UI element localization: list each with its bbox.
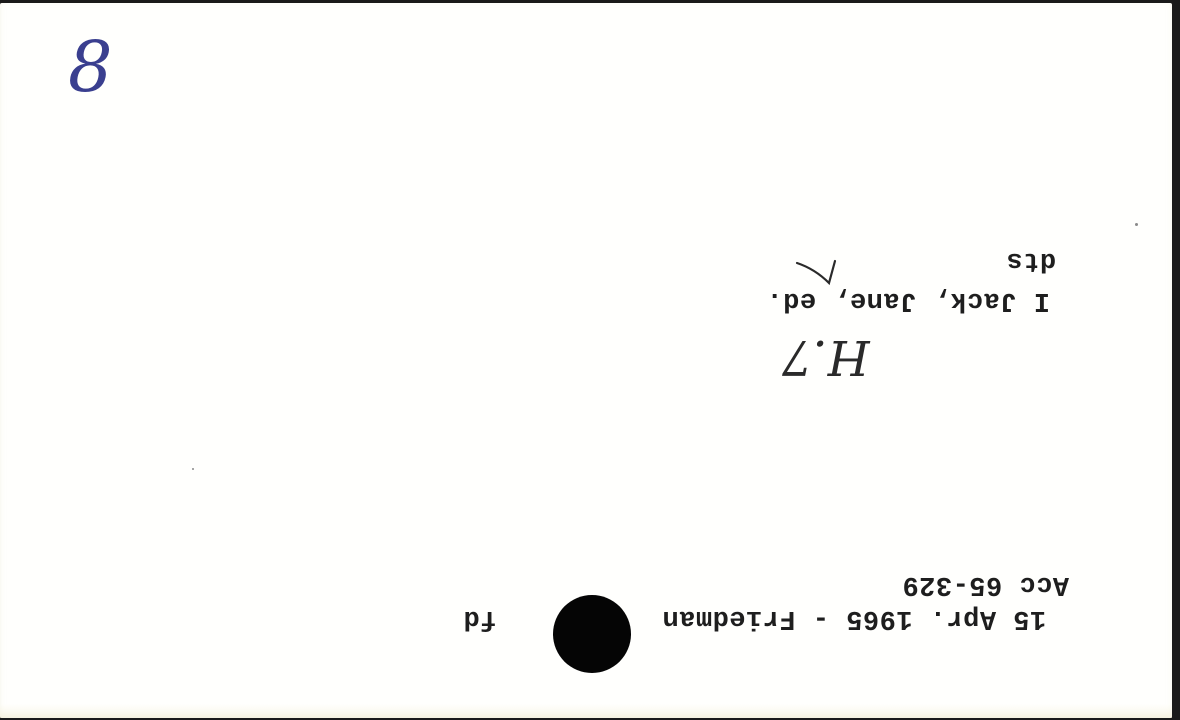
handwritten-shelf-mark: H.7 — [782, 331, 870, 383]
typed-accession-line: Acc 65-329 — [902, 569, 1069, 599]
typed-date-line: 15 Apr. 1965 - Friedman — [662, 603, 1046, 633]
typed-dts-line: dts — [1006, 245, 1056, 275]
handwritten-check-mark-icon — [795, 257, 845, 287]
catalog-card: 8 dts I Jack, Jane, ed. H.7 Acc 65-329 1… — [0, 3, 1172, 718]
punch-hole — [553, 595, 631, 673]
card-edge-shading — [0, 704, 1172, 718]
typed-entry-line: I Jack, Jane, ed. — [766, 285, 1050, 315]
dust-speck — [192, 468, 194, 470]
handwritten-card-number: 8 — [68, 29, 113, 105]
typed-initials: fd — [463, 603, 496, 633]
dust-speck — [1135, 223, 1138, 226]
scan-background: 8 dts I Jack, Jane, ed. H.7 Acc 65-329 1… — [0, 0, 1180, 720]
